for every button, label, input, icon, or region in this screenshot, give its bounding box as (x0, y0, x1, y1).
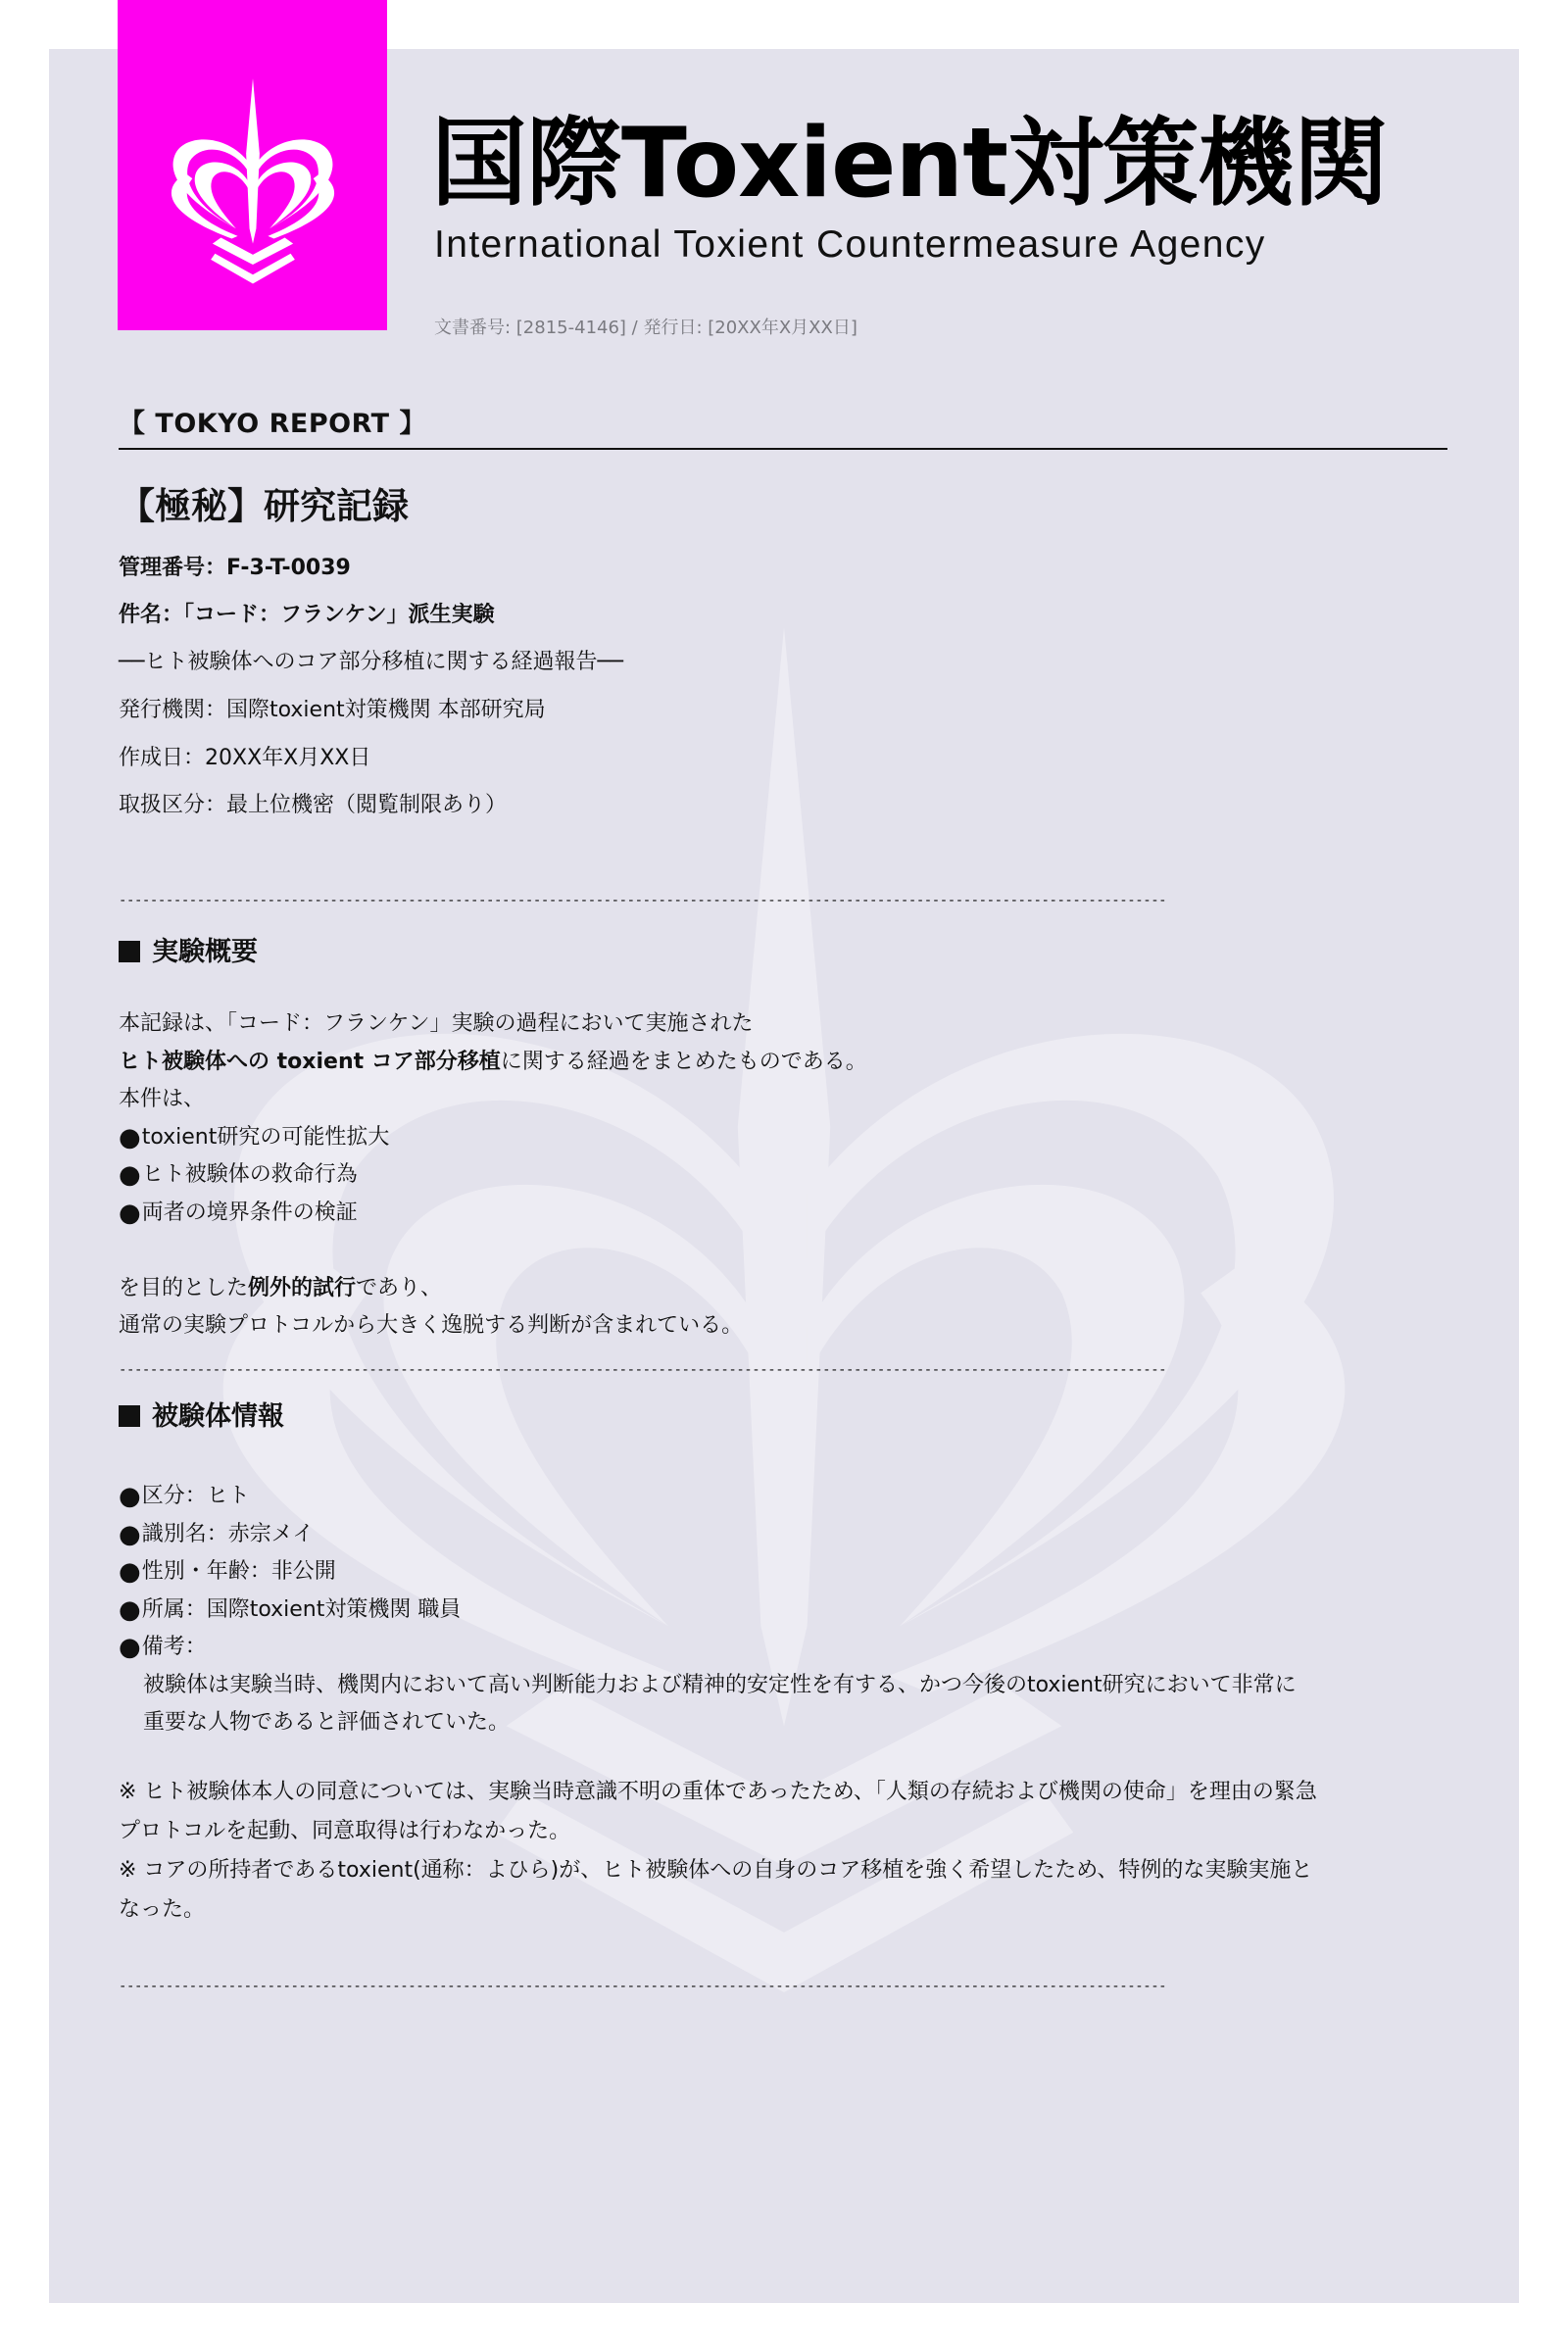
field-created-date: 作成日：20XX年X月XX日 (119, 748, 370, 769)
bullet-icon: ● (119, 1160, 141, 1190)
dashed-divider: ----------------------------------------… (119, 1363, 1165, 1377)
list-item: ●toxient研究の可能性拡大 (119, 1119, 867, 1157)
list-item: ●両者の境界条件の検証 (119, 1195, 867, 1233)
note-line: ※ コアの所持者であるtoxient(通称：よひら)が、ヒト被験体への自身のコア… (119, 1851, 1317, 1890)
list-item: ●性別・年齢：非公開 (119, 1553, 1297, 1592)
document-heading: 【極秘】研究記録 (119, 476, 409, 529)
field-classification: 取扱区分：最上位機密（閲覧制限あり） (119, 795, 507, 816)
section-title-overview: 実験概要 (119, 939, 258, 965)
dashed-divider: ----------------------------------------… (119, 894, 1165, 907)
overview-body: 本記録は、「コード：フランケン」実験の過程において実施された ヒト被験体への t… (119, 1005, 867, 1346)
bullet-icon: ● (119, 1557, 141, 1587)
overview-line: 本記録は、「コード：フランケン」実験の過程において実施された (119, 1005, 867, 1044)
agency-logo (118, 0, 387, 330)
agency-heart-spike-emblem-icon (165, 78, 341, 286)
list-item: ●ヒト被験体の救命行為 (119, 1156, 867, 1195)
section-marker-icon (119, 941, 140, 962)
note-line: なった。 (119, 1890, 1317, 1930)
dashed-divider: ----------------------------------------… (119, 1980, 1165, 1993)
overview-line: 本件は、 (119, 1081, 867, 1119)
bullet-icon: ● (119, 1482, 141, 1511)
overview-line: 通常の実験プロトコルから大きく逸脱する判断が含まれている。 (119, 1307, 867, 1346)
overview-line: ヒト被験体への toxient コア部分移植に関する経過をまとめたものである。 (119, 1044, 867, 1082)
section-marker-icon (119, 1405, 140, 1427)
note-line: ※ ヒト被験体本人の同意については、実験当時意識不明の重体であったため、「人類の… (119, 1773, 1317, 1812)
remark-line: 重要な人物であると評価されていた。 (119, 1704, 1297, 1742)
list-item: ●備考： (119, 1629, 1297, 1667)
note-line: プロトコルを起動、同意取得は行わなかった。 (119, 1812, 1317, 1851)
field-subtitle: ──ヒト被験体へのコア部分移植に関する経過報告── (119, 652, 623, 673)
agency-title: 国際Toxient対策機関 (431, 116, 1388, 212)
bullet-icon: ● (119, 1199, 141, 1228)
list-item: ●所属：国際toxient対策機関 職員 (119, 1592, 1297, 1630)
field-control-number: 管理番号：F-3-T-0039 (119, 558, 351, 579)
document-meta: 文書番号: [2815-4146] / 発行日: [20XX年X月XX日] (434, 314, 857, 339)
overview-line: を目的とした例外的試行であり、 (119, 1270, 867, 1308)
bullet-icon: ● (119, 1520, 141, 1549)
report-label: 【 TOKYO REPORT 】 (119, 402, 426, 440)
agency-subtitle: International Toxient Countermeasure Age… (434, 225, 1266, 264)
list-item: ●識別名：赤宗メイ (119, 1516, 1297, 1554)
field-subject: 件名：「コード：フランケン」派生実験 (119, 605, 494, 626)
subject-info: ●区分：ヒト ●識別名：赤宗メイ ●性別・年齢：非公開 ●所属：国際toxien… (119, 1478, 1297, 1742)
field-issuer: 発行機関：国際toxient対策機関 本部研究局 (119, 700, 546, 721)
subject-notes: ※ ヒト被験体本人の同意については、実験当時意識不明の重体であったため、「人類の… (119, 1773, 1317, 1930)
bullet-icon: ● (119, 1633, 141, 1662)
list-item: ●区分：ヒト (119, 1478, 1297, 1516)
remark-line: 被験体は実験当時、機関内において高い判断能力および精神的安定性を有する、かつ今後… (119, 1667, 1297, 1705)
bullet-icon: ● (119, 1595, 141, 1625)
section-title-subject: 被験体情報 (119, 1403, 284, 1430)
report-divider (119, 448, 1447, 450)
bullet-icon: ● (119, 1123, 141, 1152)
